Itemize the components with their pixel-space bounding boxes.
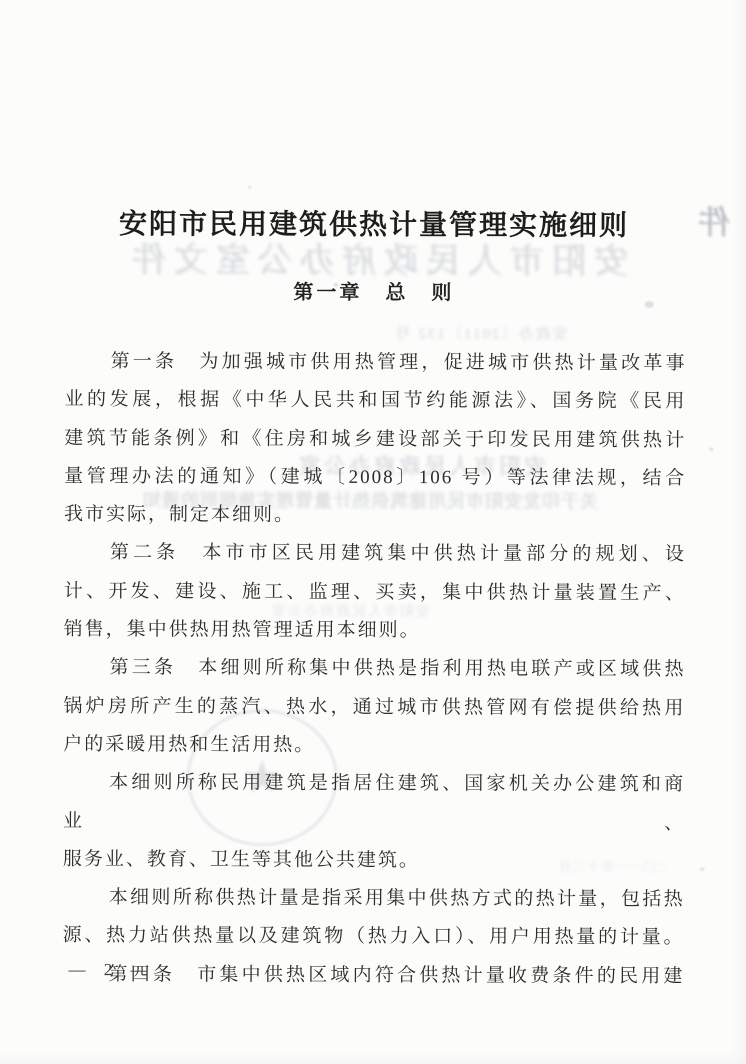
body-line: 计、开发、建设、施工、监理、买卖，集中供热计量装置生产、 — [64, 573, 686, 613]
body-line: 第三条 本细则所称集中供热是指利用热电联产或区域供热 — [63, 649, 685, 689]
document-title: 安阳市民用建筑供热计量管理实施细则 — [1, 202, 746, 245]
page-number: — 2 — — [68, 960, 154, 980]
scanned-document-page: 安阳市人民政府办公室文件 安政办〔2011〕132 号 安阳市人民政府办公室 关… — [0, 0, 746, 1064]
body-line: 户的采暖用热和生活用热。 — [63, 726, 685, 766]
scan-speckle — [248, 186, 251, 189]
body-line: 本细则所称供热计量是指采用集中供热方式的热计量，包括热 — [63, 879, 685, 919]
body-line: 第二条 本市市区民用建筑集中供热计量部分的规划、设 — [64, 534, 686, 574]
page-content: 安阳市人民政府办公室文件 安政办〔2011〕132 号 安阳市人民政府办公室 关… — [0, 0, 746, 1064]
body-line: 量管理办法的通知》（建城〔2008〕106 号）等法律法规，结合 — [64, 458, 686, 498]
body-line: 服务业、教育、卫生等其他公共建筑。 — [63, 841, 685, 881]
body-line: 我市实际，制定本细则。 — [64, 496, 686, 536]
body-line: 业的发展，根据《中华人民共和国节约能源法》、国务院《民用 — [64, 381, 686, 421]
document-body: 第一条 为加强城市供用热管理，促进城市供热计量改革事 业的发展，根据《中华人民共… — [62, 343, 686, 996]
body-line: 建筑节能条例》和《住房和城乡建设部关于印发民用建筑供热计 — [64, 420, 686, 460]
body-line: 销售，集中供热用热管理适用本细则。 — [64, 611, 686, 651]
scan-speckle — [700, 867, 705, 871]
body-line: 第一条 为加强城市供用热管理，促进城市供热计量改革事 — [65, 343, 687, 383]
bleed-doc-number: 安政办〔2011〕132 号 — [386, 322, 576, 344]
body-line: 第四条 市集中供热区域内符合供热计量收费条件的民用建 — [62, 956, 684, 996]
body-line: 源、热力站供热量以及建筑物（热力入口）、用户用热量的计量。 — [63, 917, 685, 957]
chapter-heading: 第一章 总 则 — [1, 275, 746, 307]
body-line: 锅炉房所产生的蒸汽、热水，通过城市供热管网有偿提供给热用 — [63, 688, 685, 728]
body-line: 本细则所称民用建筑是指居住建筑、国家机关办公建筑和商业、 — [63, 764, 685, 843]
scan-speckle — [709, 447, 713, 451]
